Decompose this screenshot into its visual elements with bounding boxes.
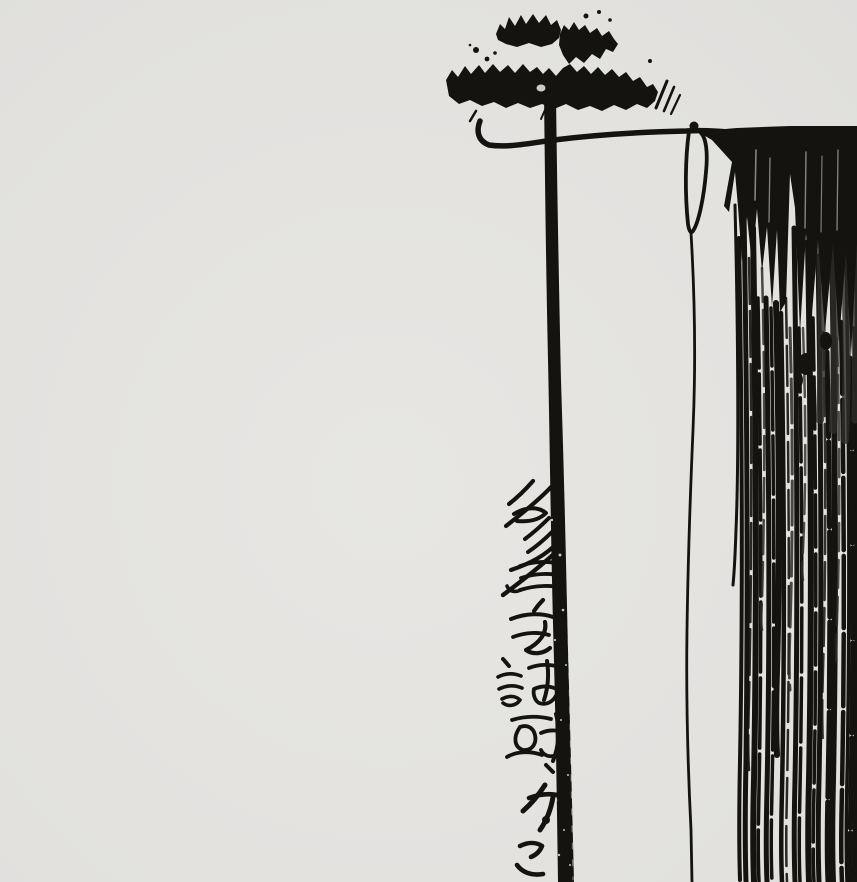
canopy-band-hole [537,85,546,92]
ink-painting-canvas [0,0,857,882]
loop-knob [690,122,699,131]
ink-painting [0,0,857,882]
